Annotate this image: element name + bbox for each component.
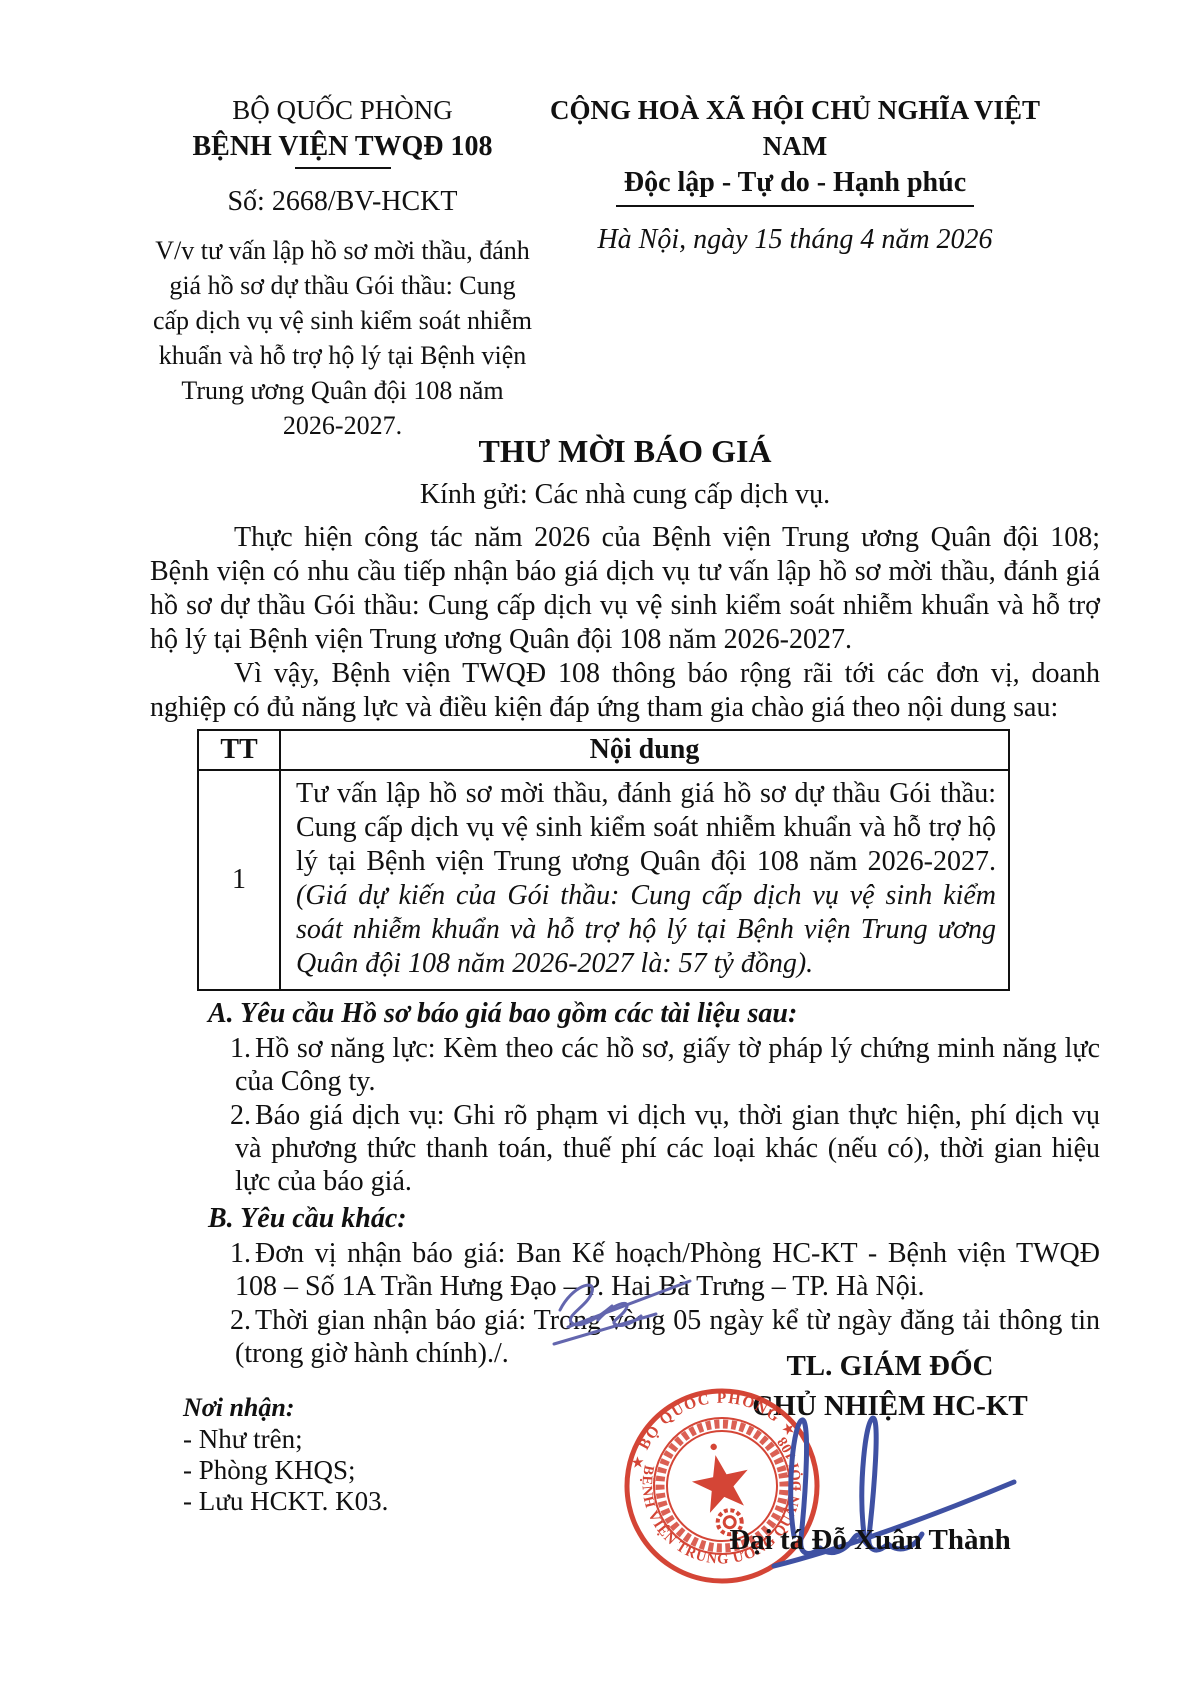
column-header-content: Nội dung (280, 730, 1009, 770)
row-content-cell: Tư vấn lập hồ sơ mời thầu, đánh giá hồ s… (280, 770, 1009, 990)
list-item-number: 1. (230, 1237, 251, 1270)
table-header-row: TT Nội dung (198, 730, 1009, 770)
recipient-line: - Phòng KHQS; (183, 1455, 388, 1486)
quote-content-table: TT Nội dung 1 Tư vấn lập hồ sơ mời thầu,… (197, 729, 1010, 991)
signer-name: Đại tá Đỗ Xuân Thành (655, 1524, 1085, 1557)
list-item-number: 2. (230, 1304, 251, 1337)
issuing-agency-block: BỘ QUỐC PHÒNG BỆNH VIỆN TWQĐ 108 Số: 266… (150, 92, 535, 443)
row-index-cell: 1 (198, 770, 280, 990)
ministry-name: BỘ QUỐC PHÒNG (150, 92, 535, 128)
list-item-number: 1. (230, 1032, 251, 1065)
body-paragraph-1: Thực hiện công tác năm 2026 của Bệnh việ… (150, 521, 1100, 657)
recipients-block: Nơi nhận: - Như trên; - Phòng KHQS; - Lư… (183, 1392, 388, 1517)
section-b-heading: B. Yêu cầu khác: (150, 1202, 1100, 1236)
salutation-line: Kính gửi: Các nhà cung cấp dịch vụ. (150, 477, 1100, 513)
column-header-tt: TT (198, 730, 280, 770)
national-motto: Độc lập - Tự do - Hạnh phúc (616, 166, 974, 207)
list-item-text: Báo giá dịch vụ: Ghi rõ phạm vi dịch vụ,… (235, 1100, 1100, 1197)
recipients-label: Nơi nhận: (183, 1392, 388, 1424)
place-date-line: Hà Nội, ngày 15 tháng 4 năm 2026 (545, 223, 1045, 257)
package-description: Tư vấn lập hồ sơ mời thầu, đánh giá hồ s… (296, 778, 996, 877)
hospital-name: BỆNH VIỆN TWQĐ 108 (150, 128, 535, 166)
document-subject: V/v tư vấn lập hồ sơ mời thầu, đánh giá … (150, 233, 535, 443)
on-behalf-line: TL. GIÁM ĐỐC (655, 1346, 1125, 1386)
list-item-number: 2. (230, 1099, 251, 1132)
hospital-name-rule (295, 167, 391, 169)
document-header: BỘ QUỐC PHÒNG BỆNH VIỆN TWQĐ 108 Số: 266… (150, 92, 1100, 443)
national-header-block: CỘNG HOÀ XÃ HỘI CHỦ NGHĨA VIỆT NAM Độc l… (545, 92, 1045, 257)
document-number: Số: 2668/BV-HCKT (150, 184, 535, 220)
list-item-text: Hồ sơ năng lực: Kèm theo các hồ sơ, giấy… (235, 1033, 1100, 1097)
recipient-line: - Lưu HCKT. K03. (183, 1486, 388, 1517)
national-title: CỘNG HOÀ XÃ HỘI CHỦ NGHĨA VIỆT NAM (545, 92, 1045, 164)
document-page: BỘ QUỐC PHÒNG BỆNH VIỆN TWQĐ 108 Số: 266… (0, 0, 1190, 1684)
body-paragraph-2: Vì vậy, Bệnh viện TWQĐ 108 thông báo rộn… (150, 657, 1100, 725)
list-item: 1.Hồ sơ năng lực: Kèm theo các hồ sơ, gi… (150, 1032, 1100, 1098)
list-item: 2.Báo giá dịch vụ: Ghi rõ phạm vi dịch v… (150, 1099, 1100, 1198)
recipient-line: - Như trên; (183, 1424, 388, 1455)
estimated-price-note: (Giá dự kiến của Gói thầu: Cung cấp dịch… (296, 880, 996, 979)
initials-paraph-stroke (538, 1264, 703, 1352)
table-row: 1 Tư vấn lập hồ sơ mời thầu, đánh giá hồ… (198, 770, 1009, 990)
section-a-heading: A. Yêu cầu Hồ sơ báo giá bao gồm các tài… (150, 997, 1100, 1031)
